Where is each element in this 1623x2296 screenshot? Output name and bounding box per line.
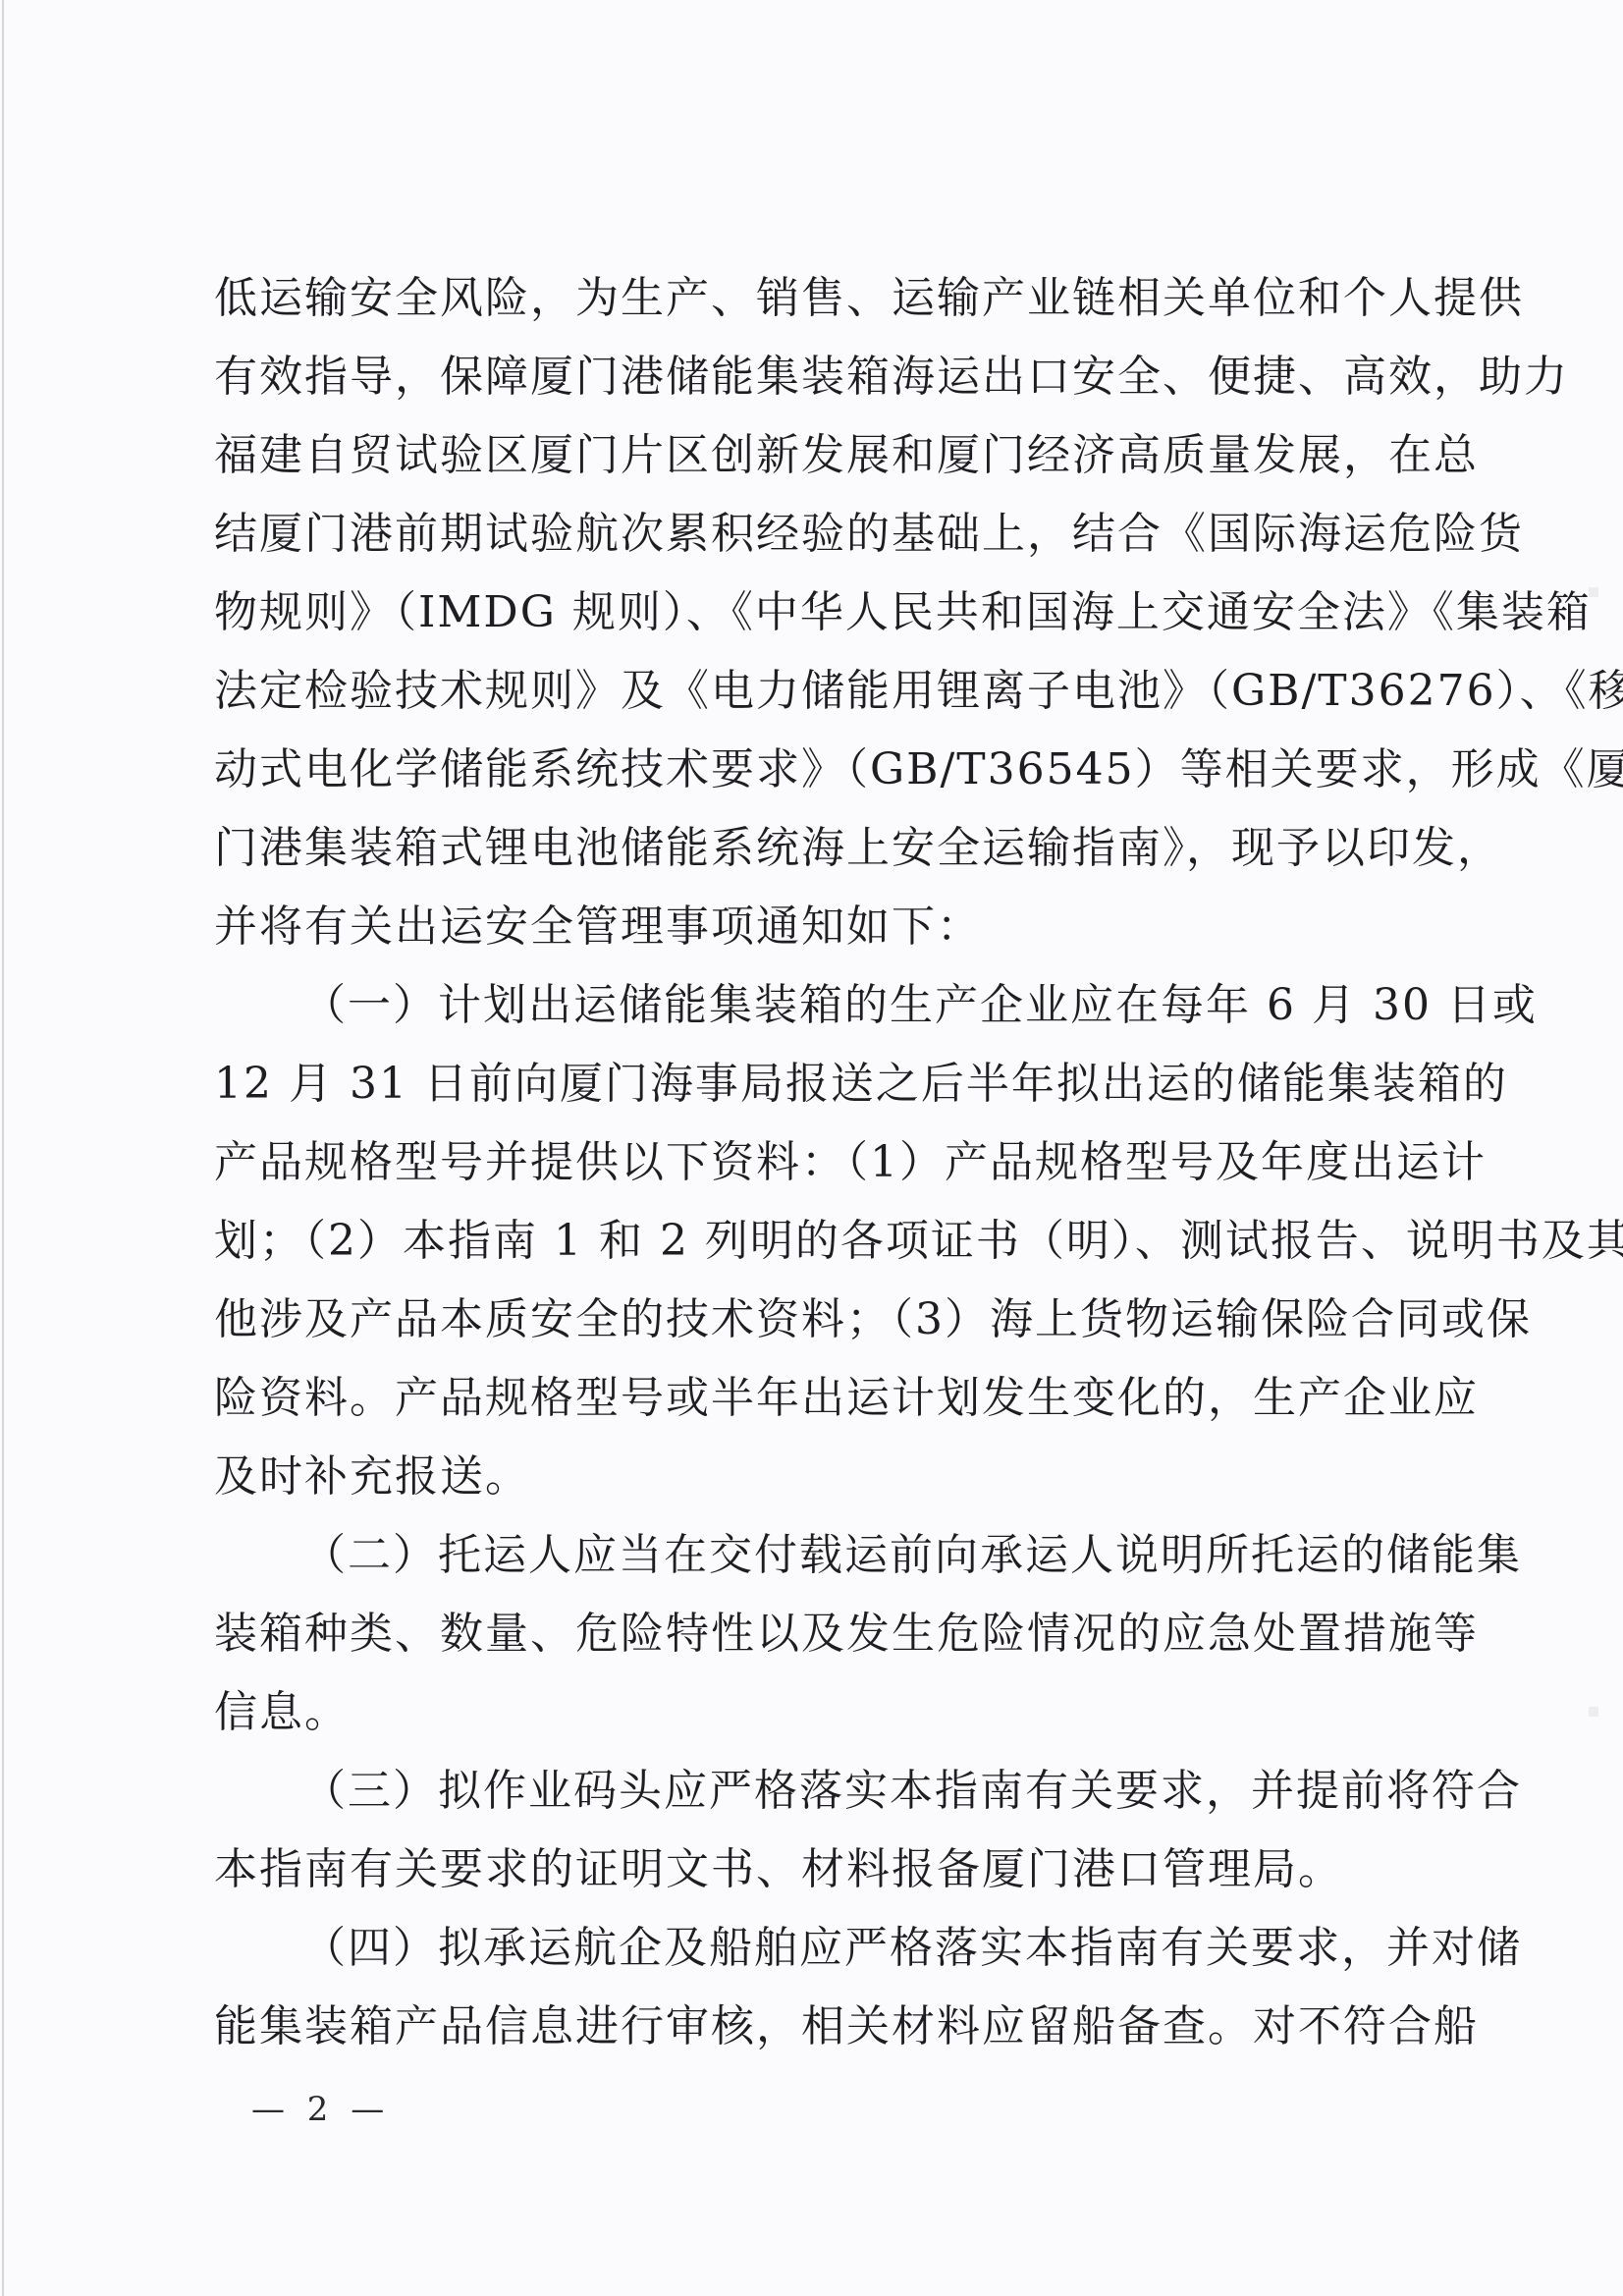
- body-line-3: 福建自贸试验区厦门片区创新发展和厦门经济高质量发展，在总: [214, 424, 1424, 503]
- item-1-line-4: 划；（2）本指南 1 和 2 列明的各项证书（明）、测试报告、说明书及其: [214, 1210, 1424, 1288]
- item-2-line-2: 装箱种类、数量、危险特性以及发生危险情况的应急处置措施等: [214, 1603, 1424, 1681]
- item-1-line-6: 险资料。产品规格型号或半年出运计划发生变化的，生产企业应: [214, 1367, 1424, 1446]
- body-line-1: 低运输安全风险，为生产、销售、运输产业链相关单位和个人提供: [214, 267, 1424, 346]
- item-2-line-3: 信息。: [214, 1681, 1424, 1760]
- body-line-2: 有效指导，保障厦门港储能集装箱海运出口安全、便捷、高效，助力: [214, 346, 1424, 424]
- item-1-line-7: 及时补充报送。: [214, 1446, 1424, 1524]
- item-1-line-5: 他涉及产品本质安全的技术资料；（3）海上货物运输保险合同或保: [214, 1288, 1424, 1367]
- item-4-line-2: 能集装箱产品信息进行审核，相关材料应留船备查。对不符合船: [214, 1995, 1424, 2074]
- item-1-line-1: （一）计划出运储能集装箱的生产企业应在每年 6 月 30 日或: [214, 974, 1424, 1053]
- body-line-4: 结厦门港前期试验航次累积经验的基础上，结合《国际海运危险货: [214, 503, 1424, 581]
- page-edge: [2, 0, 4, 2296]
- scan-bleed-mark: [1589, 587, 1598, 597]
- item-3-line-2: 本指南有关要求的证明文书、材料报备厦门港口管理局。: [214, 1838, 1424, 1917]
- page-number: — 2 —: [251, 2090, 390, 2129]
- body-line-8: 门港集装箱式锂电池储能系统海上安全运输指南》，现予以印发，: [214, 817, 1424, 896]
- item-1-line-2: 12 月 31 日前向厦门海事局报送之后半年拟出运的储能集装箱的: [214, 1053, 1424, 1131]
- item-2-line-1: （二）托运人应当在交付载运前向承运人说明所托运的储能集: [214, 1524, 1424, 1603]
- body-line-7: 动式电化学储能系统技术要求》（GB/T36545）等相关要求，形成《厦: [214, 738, 1424, 817]
- item-3-line-1: （三）拟作业码头应严格落实本指南有关要求，并提前将符合: [214, 1760, 1424, 1838]
- scan-bleed-mark: [1589, 1707, 1598, 1717]
- body-line-6: 法定检验技术规则》及《电力储能用锂离子电池》（GB/T36276）、《移: [214, 660, 1424, 738]
- body-line-5: 物规则》（IMDG 规则）、《中华人民共和国海上交通安全法》《集装箱: [214, 581, 1424, 660]
- item-4-line-1: （四）拟承运航企及船舶应严格落实本指南有关要求，并对储: [214, 1917, 1424, 1995]
- body-line-9: 并将有关出运安全管理事项通知如下：: [214, 896, 1424, 974]
- item-1-line-3: 产品规格型号并提供以下资料：（1）产品规格型号及年度出运计: [214, 1131, 1424, 1210]
- document-body: 低运输安全风险，为生产、销售、运输产业链相关单位和个人提供 有效指导，保障厦门港…: [214, 267, 1424, 2074]
